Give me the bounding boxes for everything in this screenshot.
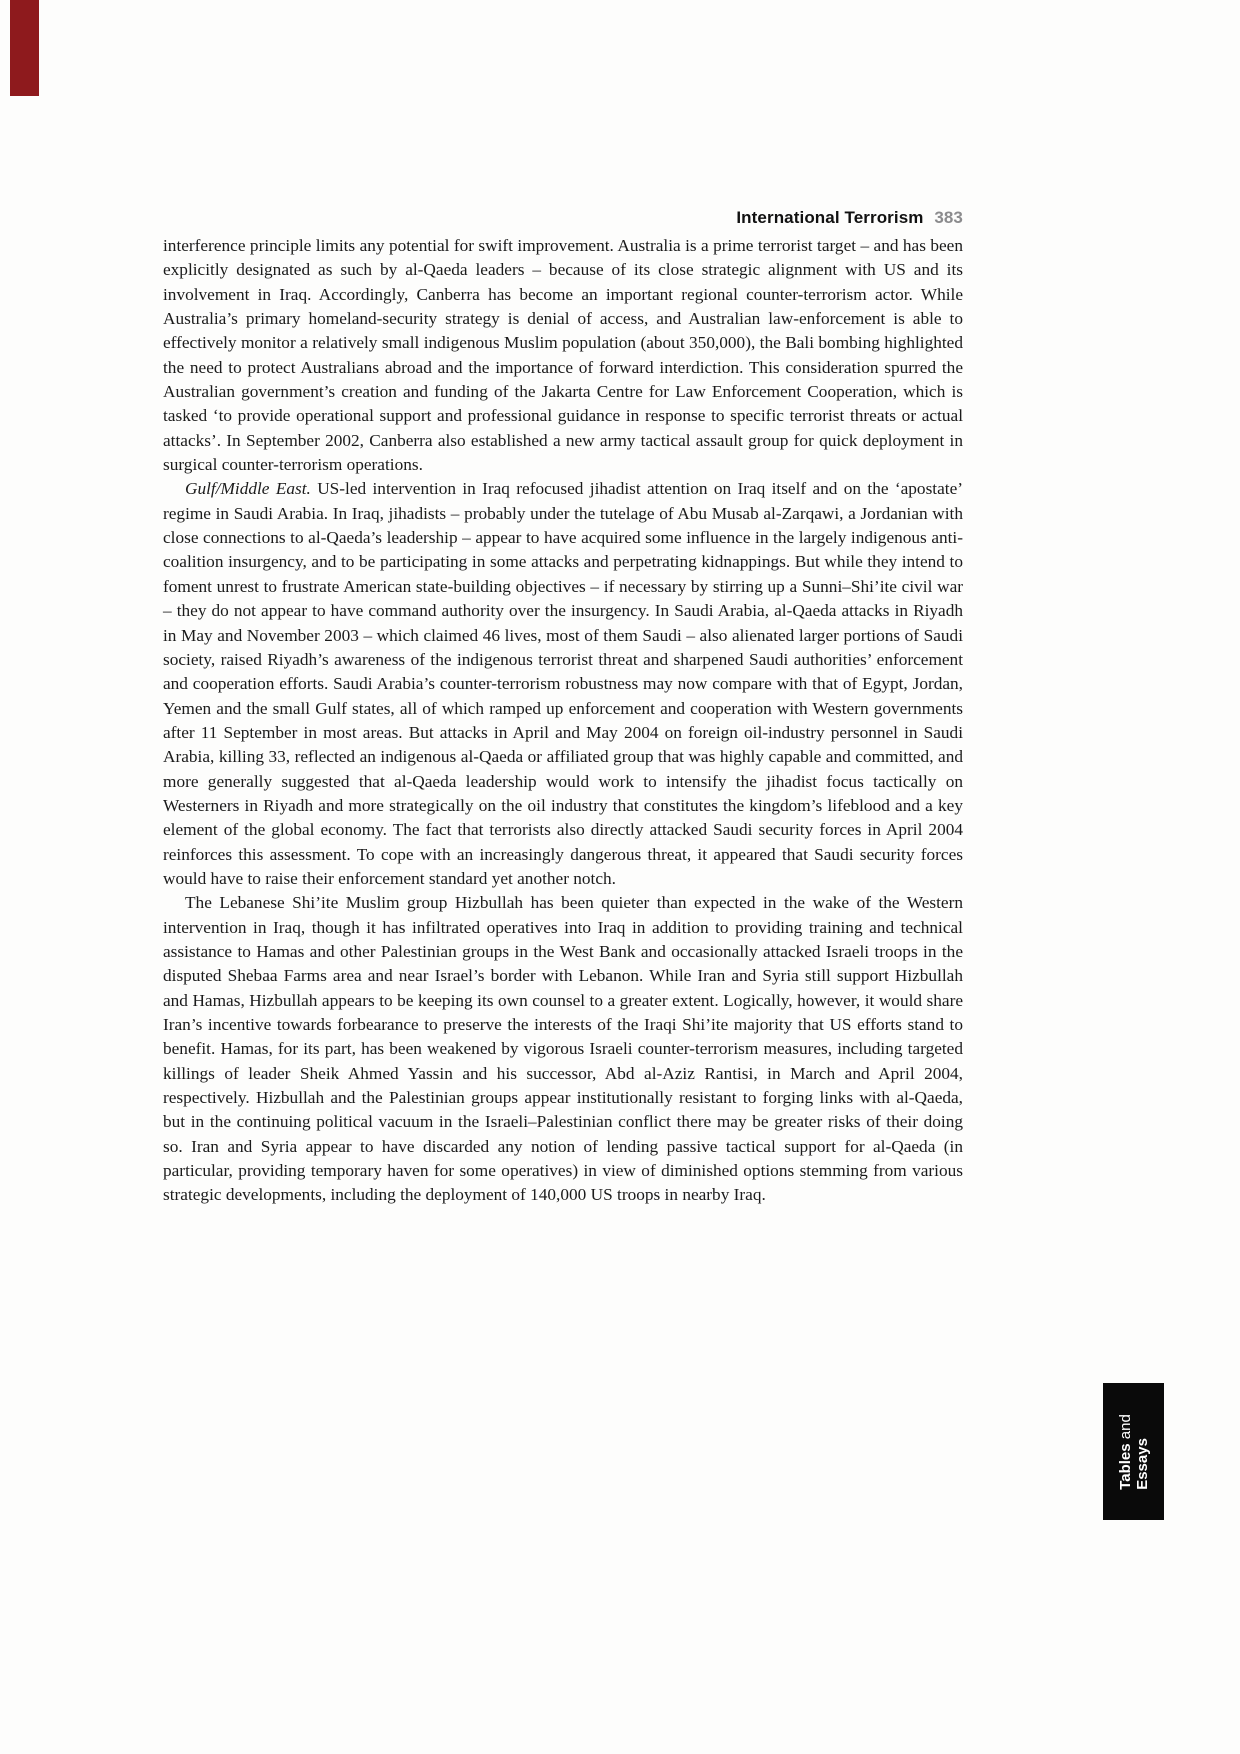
tab-word-essays: Essays xyxy=(1134,1438,1151,1490)
paragraph-lead-italic: Gulf/Middle East. xyxy=(185,479,311,498)
paragraph: Gulf/Middle East. US-led intervention in… xyxy=(163,477,963,891)
body-text-column: interference principle limits any potent… xyxy=(163,234,963,1208)
page-header: International Terrorism 383 xyxy=(163,208,963,228)
section-tab-tables-and-essays: Tables and Essays xyxy=(1103,1383,1164,1520)
red-corner-mark xyxy=(10,0,39,96)
section-tab-label: Tables and Essays xyxy=(1117,1414,1151,1490)
page-number: 383 xyxy=(934,208,963,227)
tab-word-and: and xyxy=(1117,1414,1134,1439)
paragraph: The Lebanese Shi’ite Muslim group Hizbul… xyxy=(163,891,963,1207)
tab-word-tables: Tables xyxy=(1117,1443,1134,1489)
book-page: International Terrorism 383 interference… xyxy=(0,0,1240,1754)
running-head-title: International Terrorism xyxy=(736,208,923,227)
paragraph: interference principle limits any potent… xyxy=(163,234,963,477)
